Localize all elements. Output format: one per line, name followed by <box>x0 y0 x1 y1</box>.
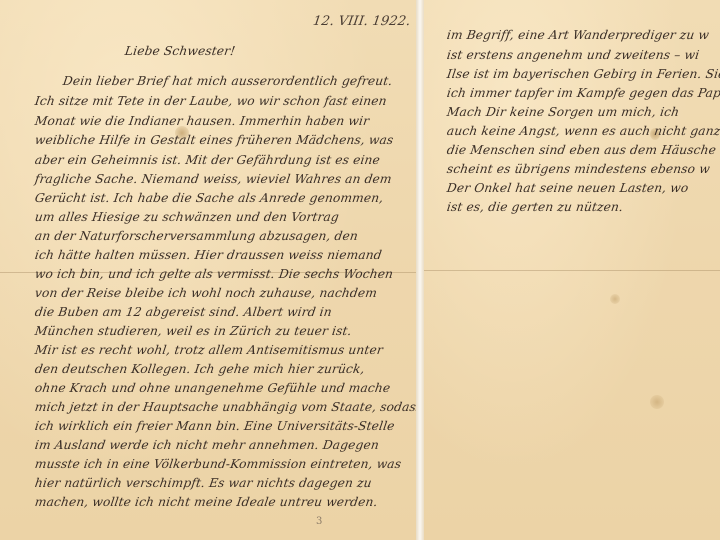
letter-line: mich jetzt in der Hauptsache unabhängig … <box>34 400 416 414</box>
letter-line: von der Reise bleibe ich wohl noch zuhau… <box>34 286 378 300</box>
letter-line: Ich sitze mit Tete in der Laube, wo wir … <box>34 94 388 108</box>
letter-page-right: im Begriff, eine Art Wanderprediger zu w… <box>424 0 720 540</box>
letter-line: Mir ist es recht wohl, trotz allem Antis… <box>34 343 384 357</box>
letter-line: Monat wie die Indianer hausen. Immerhin … <box>34 114 370 128</box>
letter-line: aber ein Geheimnis ist. Mit der Gefährdu… <box>34 153 381 167</box>
letter-line: scheint es übrigens mindestens ebenso w <box>446 162 711 176</box>
letter-line: auch keine Angst, wenn es auch nicht gan… <box>446 124 720 138</box>
letter-line: ist es, die gerten zu nützen. <box>446 200 624 214</box>
letter-line: im Ausland werde ich nicht mehr annehmen… <box>34 438 380 452</box>
letter-line: die Menschen sind eben aus dem Häusche <box>446 143 717 157</box>
letter-page-left: 12. VIII. 1922. Liebe Schwester! Dein li… <box>0 0 416 540</box>
page-number: 3 <box>316 516 323 527</box>
letter-line: fragliche Sache. Niemand weiss, wieviel … <box>34 172 393 186</box>
letter-line: musste ich in eine Völkerbund-Kommission… <box>34 457 402 471</box>
letter-line: Gerücht ist. Ich habe die Sache als Anre… <box>34 191 384 205</box>
salutation: Liebe Schwester! <box>124 44 236 58</box>
ink-stain <box>610 294 620 304</box>
letter-line: München studieren, weil es in Zürich zu … <box>34 324 353 338</box>
letter-line: ohne Krach und ohne unangenehme Gefühle … <box>34 381 391 395</box>
letter-line: ich hätte halten müssen. Hier draussen w… <box>34 248 383 262</box>
letter-line: Mach Dir keine Sorgen um mich, ich <box>446 105 680 119</box>
letter-date: 12. VIII. 1922. <box>312 14 411 29</box>
letter-line: machen, wollte ich nicht meine Ideale un… <box>34 495 379 509</box>
letter-line: Der Onkel hat seine neuen Lasten, wo <box>446 181 689 195</box>
letter-line: ich immer tapfer im Kampfe gegen das Pap <box>446 86 720 100</box>
ink-stain <box>650 395 664 409</box>
letter-line: weibliche Hilfe in Gestalt eines frühere… <box>34 133 394 147</box>
page-gutter <box>416 0 424 540</box>
letter-line: wo ich bin, und ich gelte als vermisst. … <box>34 267 394 281</box>
letter-line: ich wirklich ein freier Mann bin. Eine U… <box>34 419 396 433</box>
letter-line: die Buben am 12 abgereist sind. Albert w… <box>34 305 333 319</box>
letter-line: den deutschen Kollegen. Ich gehe mich hi… <box>34 362 366 376</box>
letter-line: im Begriff, eine Art Wanderprediger zu w <box>446 28 710 42</box>
letter-line: ist erstens angenehm und zweitens – wi <box>446 48 700 62</box>
paper-fold-line <box>424 270 720 271</box>
letter-line: hier natürlich verschimpft. Es war nicht… <box>34 476 373 490</box>
letter-line: Ilse ist im bayerischen Gebirg in Ferien… <box>446 67 720 81</box>
letter-line: um alles Hiesige zu schwänzen und den Vo… <box>34 210 340 224</box>
letter-line: an der Naturforscherversammlung abzusage… <box>34 229 359 243</box>
letter-line: Dein lieber Brief hat mich ausserordentl… <box>62 74 393 88</box>
